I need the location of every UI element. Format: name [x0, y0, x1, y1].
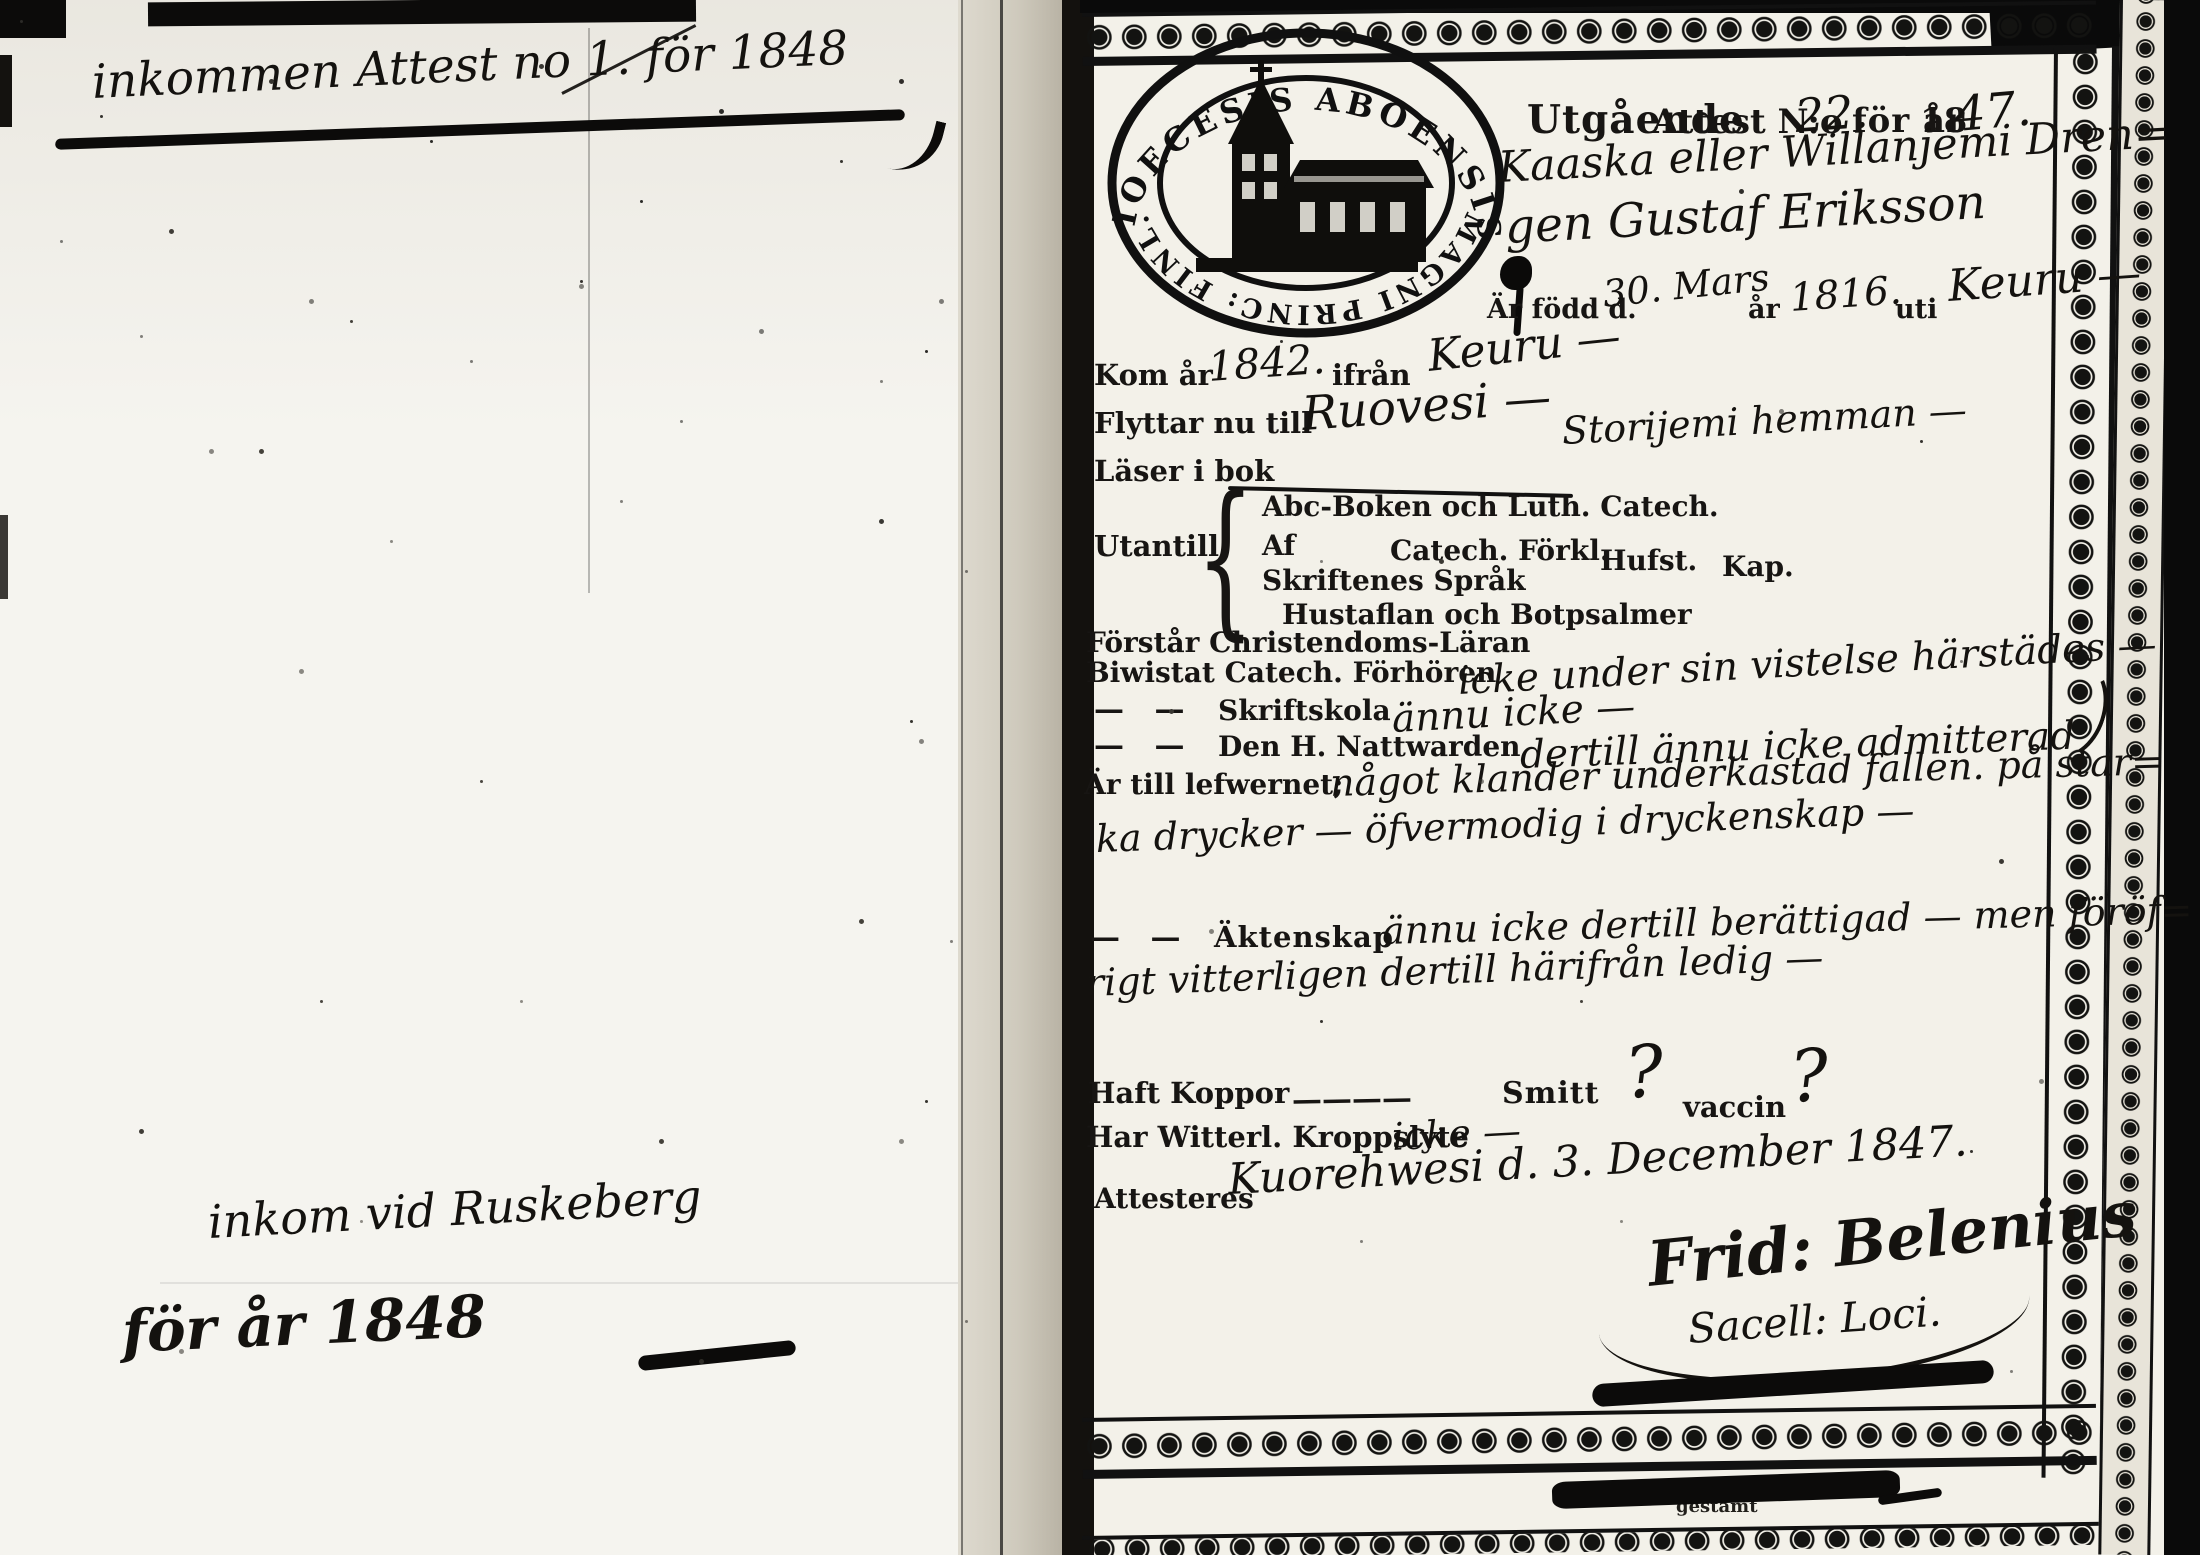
scan-edge-mark: [0, 55, 12, 127]
moving-label: Flyttar nu till: [1094, 408, 1312, 438]
scan-edge-mark: [0, 515, 8, 599]
nattwarden-dashes: — —: [1094, 730, 1194, 762]
came-year-hw: 1842.: [1206, 338, 1326, 389]
archival-note-bottom-2: för år 1848: [121, 1286, 487, 1363]
utantill-line-2c: Hufst.: [1600, 546, 1697, 575]
scan-noise: [60, 240, 63, 243]
utantill-line-2d: Kap.: [1722, 552, 1794, 581]
born-place-label: uti: [1895, 296, 1937, 324]
scan-right-edge: [2164, 0, 2200, 1555]
vaccin-label: vaccin: [1683, 1092, 1786, 1122]
marriage-label: Äktenskap: [1214, 922, 1394, 952]
page-edge-strip: [958, 0, 1064, 1555]
page-edge-line: [1000, 0, 1003, 1555]
crease-vertical: [588, 28, 590, 593]
crease-horizontal: [160, 1282, 980, 1284]
understands-label: Förstår Christendoms-Läran: [1086, 628, 1530, 657]
born-year-hw: 1816.: [1789, 271, 1903, 320]
smitt-label: Smitt: [1502, 1078, 1600, 1110]
page-edge-line: [961, 0, 963, 1555]
ink-blot: [1500, 256, 1532, 290]
utantill-line-2b: Catech. Förkl.: [1390, 536, 1610, 565]
utantill-line-1: Abc-Boken och Luth. Catech.: [1262, 492, 1719, 521]
skriftskola-dashes: — —: [1094, 694, 1194, 726]
utantill-brace: {: [1196, 470, 1255, 646]
smitt-question-hw: ?: [1622, 1033, 1666, 1111]
attended-label: Biwistat Catech. Förhören: [1086, 658, 1496, 687]
scan-noise: [20, 20, 23, 23]
skriftskola-label: Skriftskola: [1218, 696, 1391, 725]
smallpox-dash: ————: [1292, 1083, 1413, 1117]
smallpox-label: Haft Koppor: [1088, 1078, 1289, 1108]
marriage-dashes: — —: [1090, 922, 1190, 954]
diocese-seal: DIOECESIS ABOENSIS. MAGNI PRINC: FINL.: [1104, 26, 1508, 340]
born-year-label: år: [1748, 296, 1780, 324]
utantill-line-2a: Af: [1262, 531, 1295, 560]
scanned-document: inkommen Attest no 1. för 1848 inkom vid…: [0, 0, 2200, 1555]
utantill-line-4: Hustaflan och Botpsalmer: [1282, 600, 1692, 629]
vaccin-question-hw: ?: [1787, 1037, 1831, 1115]
came-label-1: Kom år: [1094, 360, 1213, 390]
conduct-label: Är till lefwernet;: [1084, 770, 1343, 799]
utantill-line-3: Skriftenes Språk: [1262, 566, 1526, 595]
scan-edge-mark: [0, 0, 66, 38]
